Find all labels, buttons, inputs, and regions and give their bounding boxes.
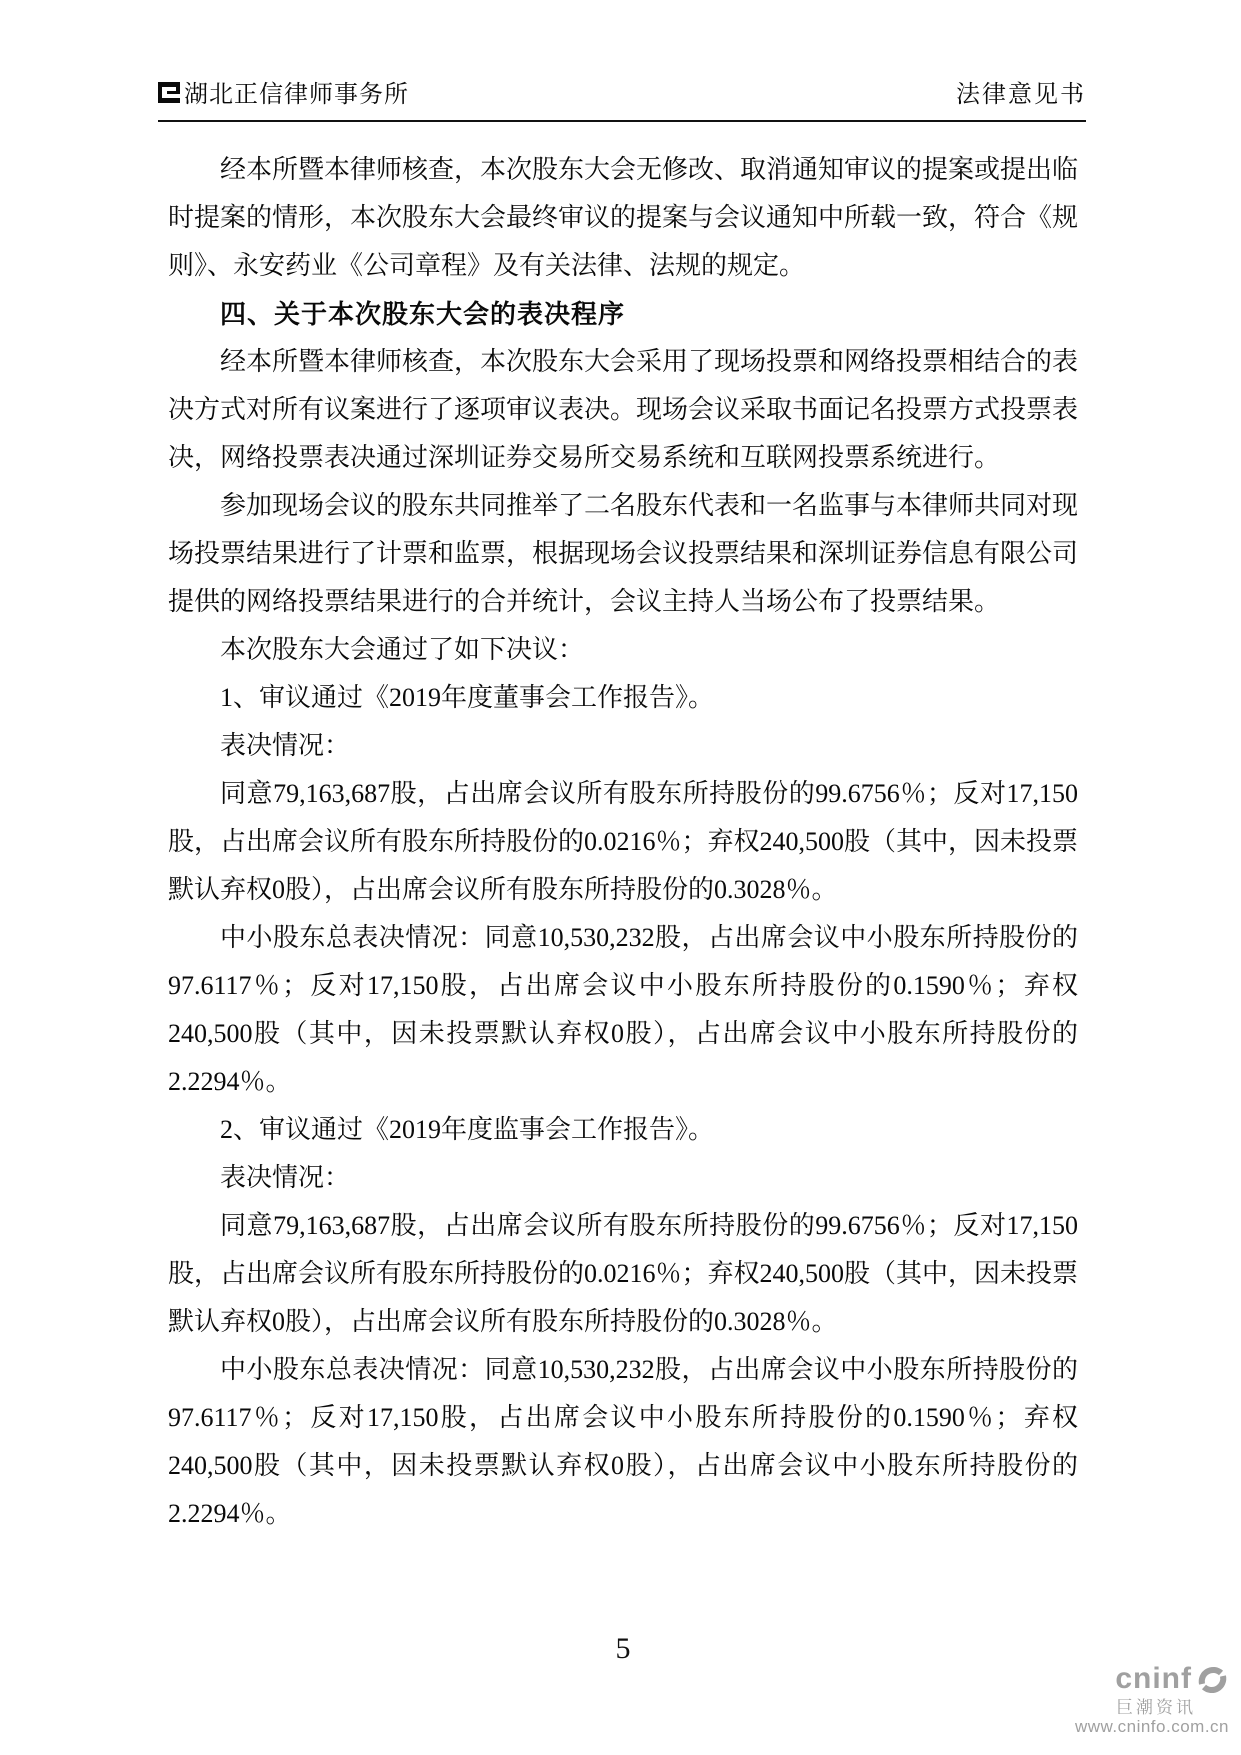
cninfo-url: www.cninfo.com.cn: [1075, 1717, 1229, 1737]
cninfo-watermark: cninf 巨潮资讯 www.cninfo.com.cn: [1075, 1662, 1229, 1737]
law-firm-title: 湖北正信律师事务所: [158, 74, 409, 109]
cninfo-brand-name: 巨潮资讯: [1075, 1698, 1196, 1718]
page-number: 5: [168, 1632, 1078, 1666]
paragraph: 中小股东总表决情况：同意10,530,232股，占出席会议中小股东所持股份的97…: [168, 1346, 1078, 1538]
cninfo-logo-text: cninf: [1115, 1662, 1192, 1697]
law-firm-logo-icon: [158, 80, 182, 104]
cninfo-swirl-icon: [1195, 1663, 1229, 1697]
paragraph: 2、审议通过《2019年度监事会工作报告》。: [168, 1106, 1078, 1154]
paragraph: 1、审议通过《2019年度董事会工作报告》。: [168, 674, 1078, 722]
document-type-label: 法律意见书: [956, 74, 1086, 109]
paragraph: 本次股东大会通过了如下决议：: [168, 626, 1078, 674]
page-header: 湖北正信律师事务所 法律意见书: [158, 74, 1086, 122]
law-firm-name: 湖北正信律师事务所: [184, 74, 409, 109]
document-page: 湖北正信律师事务所 法律意见书 经本所暨本律师核查，本次股东大会无修改、取消通知…: [0, 0, 1241, 1755]
paragraph: 表决情况：: [168, 1154, 1078, 1202]
paragraph: 同意79,163,687股，占出席会议所有股东所持股份的99.6756％；反对1…: [168, 1202, 1078, 1346]
paragraph: 参加现场会议的股东共同推举了二名股东代表和一名监事与本律师共同对现场投票结果进行…: [168, 482, 1078, 626]
paragraph: 经本所暨本律师核查，本次股东大会采用了现场投票和网络投票相结合的表决方式对所有议…: [168, 338, 1078, 482]
document-body: 经本所暨本律师核查，本次股东大会无修改、取消通知审议的提案或提出临时提案的情形，…: [168, 146, 1078, 1538]
cninfo-logo: cninf: [1075, 1662, 1229, 1697]
paragraph: 同意79,163,687股，占出席会议所有股东所持股份的99.6756％；反对1…: [168, 770, 1078, 914]
section-heading: 四、关于本次股东大会的表决程序: [168, 290, 1078, 338]
paragraph: 表决情况：: [168, 722, 1078, 770]
paragraph: 中小股东总表决情况：同意10,530,232股，占出席会议中小股东所持股份的97…: [168, 914, 1078, 1106]
paragraph: 经本所暨本律师核查，本次股东大会无修改、取消通知审议的提案或提出临时提案的情形，…: [168, 146, 1078, 290]
